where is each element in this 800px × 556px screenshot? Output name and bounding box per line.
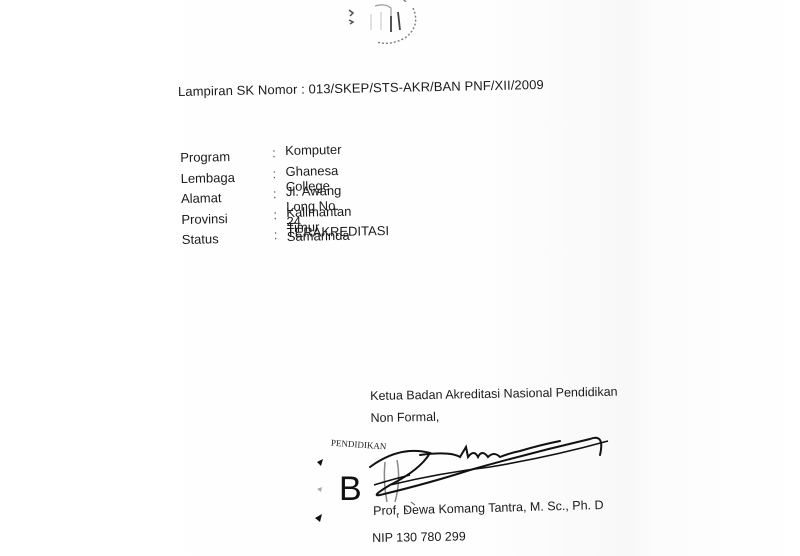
official-seal-icon bbox=[335, 0, 425, 48]
svg-text:B: B bbox=[339, 470, 362, 508]
field-label: Provinsi bbox=[181, 210, 271, 227]
field-label: Program bbox=[180, 148, 270, 165]
field-separator: : bbox=[272, 145, 276, 160]
field-value: Komputer bbox=[285, 142, 342, 158]
signer-title: Ketua Badan Akreditasi Nasional Pendidik… bbox=[370, 381, 618, 429]
field-label: Alamat bbox=[181, 189, 271, 206]
field-label: Lembaga bbox=[180, 169, 270, 186]
field-separator: : bbox=[274, 227, 278, 242]
field-separator: : bbox=[273, 186, 277, 201]
field-separator: : bbox=[273, 207, 277, 222]
signer-nip: NIP 130 780 299 bbox=[372, 529, 466, 545]
field-value: TERAKREDITASI bbox=[287, 223, 390, 240]
signer-title-line1: Ketua Badan Akreditasi Nasional Pendidik… bbox=[370, 381, 618, 407]
document-page: Lampiran SK Nomor : 013/SKEP/STS-AKR/BAN… bbox=[0, 0, 800, 556]
attachment-reference: Lampiran SK Nomor : 013/SKEP/STS-AKR/BAN… bbox=[178, 77, 544, 99]
handwritten-signature bbox=[360, 425, 620, 510]
field-separator: : bbox=[272, 166, 276, 181]
field-label: Status bbox=[182, 230, 272, 247]
accreditation-fields: Program : Komputer Lembaga : Ghanesa Col… bbox=[180, 145, 182, 247]
